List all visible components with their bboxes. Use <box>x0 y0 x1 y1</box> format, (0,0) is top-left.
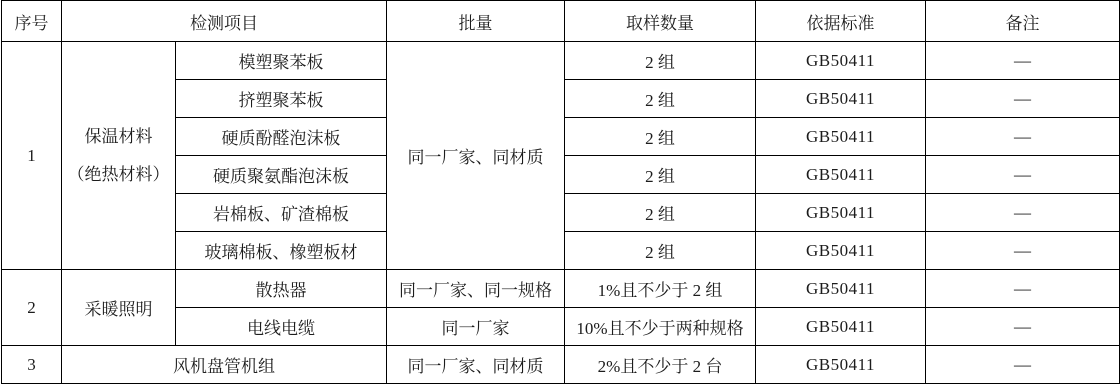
remark-cell: — <box>926 308 1120 346</box>
standard-cell: GB50411 <box>756 346 926 384</box>
sample-cell: 2%且不少于 2 台 <box>565 346 756 384</box>
sample-cell: 2 组 <box>565 118 756 156</box>
standard-cell: GB50411 <box>756 270 926 308</box>
remark-cell: — <box>926 232 1120 270</box>
table-row: 1 保温材料 （绝热材料） 模塑聚苯板 同一厂家、同材质 2 组 GB50411… <box>2 42 1120 80</box>
header-sample: 取样数量 <box>565 1 756 42</box>
header-standard: 依据标准 <box>756 1 926 42</box>
row-index-cell: 3 <box>2 346 62 384</box>
inspection-sampling-table: 序号 检测项目 批量 取样数量 依据标准 备注 1 保温材料 （绝热材料） 模塑… <box>1 0 1120 384</box>
standard-cell: GB50411 <box>756 156 926 194</box>
batch-cell: 同一厂家、同一规格 <box>387 270 565 308</box>
sample-cell: 10%且不少于两种规格 <box>565 308 756 346</box>
row-index-cell: 2 <box>2 270 62 346</box>
standard-cell: GB50411 <box>756 232 926 270</box>
standard-cell: GB50411 <box>756 80 926 118</box>
remark-cell: — <box>926 42 1120 80</box>
item-cell: 散热器 <box>176 270 387 308</box>
sample-cell: 2 组 <box>565 42 756 80</box>
item-cell: 硬质酚醛泡沫板 <box>176 118 387 156</box>
standard-cell: GB50411 <box>756 194 926 232</box>
item-cell: 模塑聚苯板 <box>176 42 387 80</box>
table-row: 3 风机盘管机组 同一厂家、同材质 2%且不少于 2 台 GB50411 — <box>2 346 1120 384</box>
table-header-row: 序号 检测项目 批量 取样数量 依据标准 备注 <box>2 1 1120 42</box>
sample-cell: 2 组 <box>565 232 756 270</box>
item-cell: 硬质聚氨酯泡沫板 <box>176 156 387 194</box>
item-cell: 岩棉板、矿渣棉板 <box>176 194 387 232</box>
remark-cell: — <box>926 118 1120 156</box>
remark-cell: — <box>926 80 1120 118</box>
remark-cell: — <box>926 346 1120 384</box>
sample-cell: 1%且不少于 2 组 <box>565 270 756 308</box>
item-cell: 挤塑聚苯板 <box>176 80 387 118</box>
batch-cell: 同一厂家 <box>387 308 565 346</box>
standard-cell: GB50411 <box>756 308 926 346</box>
category-line-1: 保温材料 <box>64 118 173 156</box>
sample-cell: 2 组 <box>565 80 756 118</box>
batch-cell: 同一厂家、同材质 <box>387 346 565 384</box>
document-page: 序号 检测项目 批量 取样数量 依据标准 备注 1 保温材料 （绝热材料） 模塑… <box>0 0 1120 385</box>
category-cell: 保温材料 （绝热材料） <box>62 42 176 270</box>
batch-cell: 同一厂家、同材质 <box>387 42 565 270</box>
standard-cell: GB50411 <box>756 42 926 80</box>
sample-cell: 2 组 <box>565 156 756 194</box>
table-row: 2 采暖照明 散热器 同一厂家、同一规格 1%且不少于 2 组 GB50411 … <box>2 270 1120 308</box>
category-line-2: （绝热材料） <box>64 156 173 194</box>
category-cell: 采暖照明 <box>62 270 176 346</box>
header-batch: 批量 <box>387 1 565 42</box>
item-cell: 风机盘管机组 <box>62 346 387 384</box>
row-index-cell: 1 <box>2 42 62 270</box>
item-cell: 电线电缆 <box>176 308 387 346</box>
remark-cell: — <box>926 156 1120 194</box>
remark-cell: — <box>926 270 1120 308</box>
item-cell: 玻璃棉板、橡塑板材 <box>176 232 387 270</box>
remark-cell: — <box>926 194 1120 232</box>
standard-cell: GB50411 <box>756 118 926 156</box>
header-remark: 备注 <box>926 1 1120 42</box>
header-index: 序号 <box>2 1 62 42</box>
header-item: 检测项目 <box>62 1 387 42</box>
sample-cell: 2 组 <box>565 194 756 232</box>
